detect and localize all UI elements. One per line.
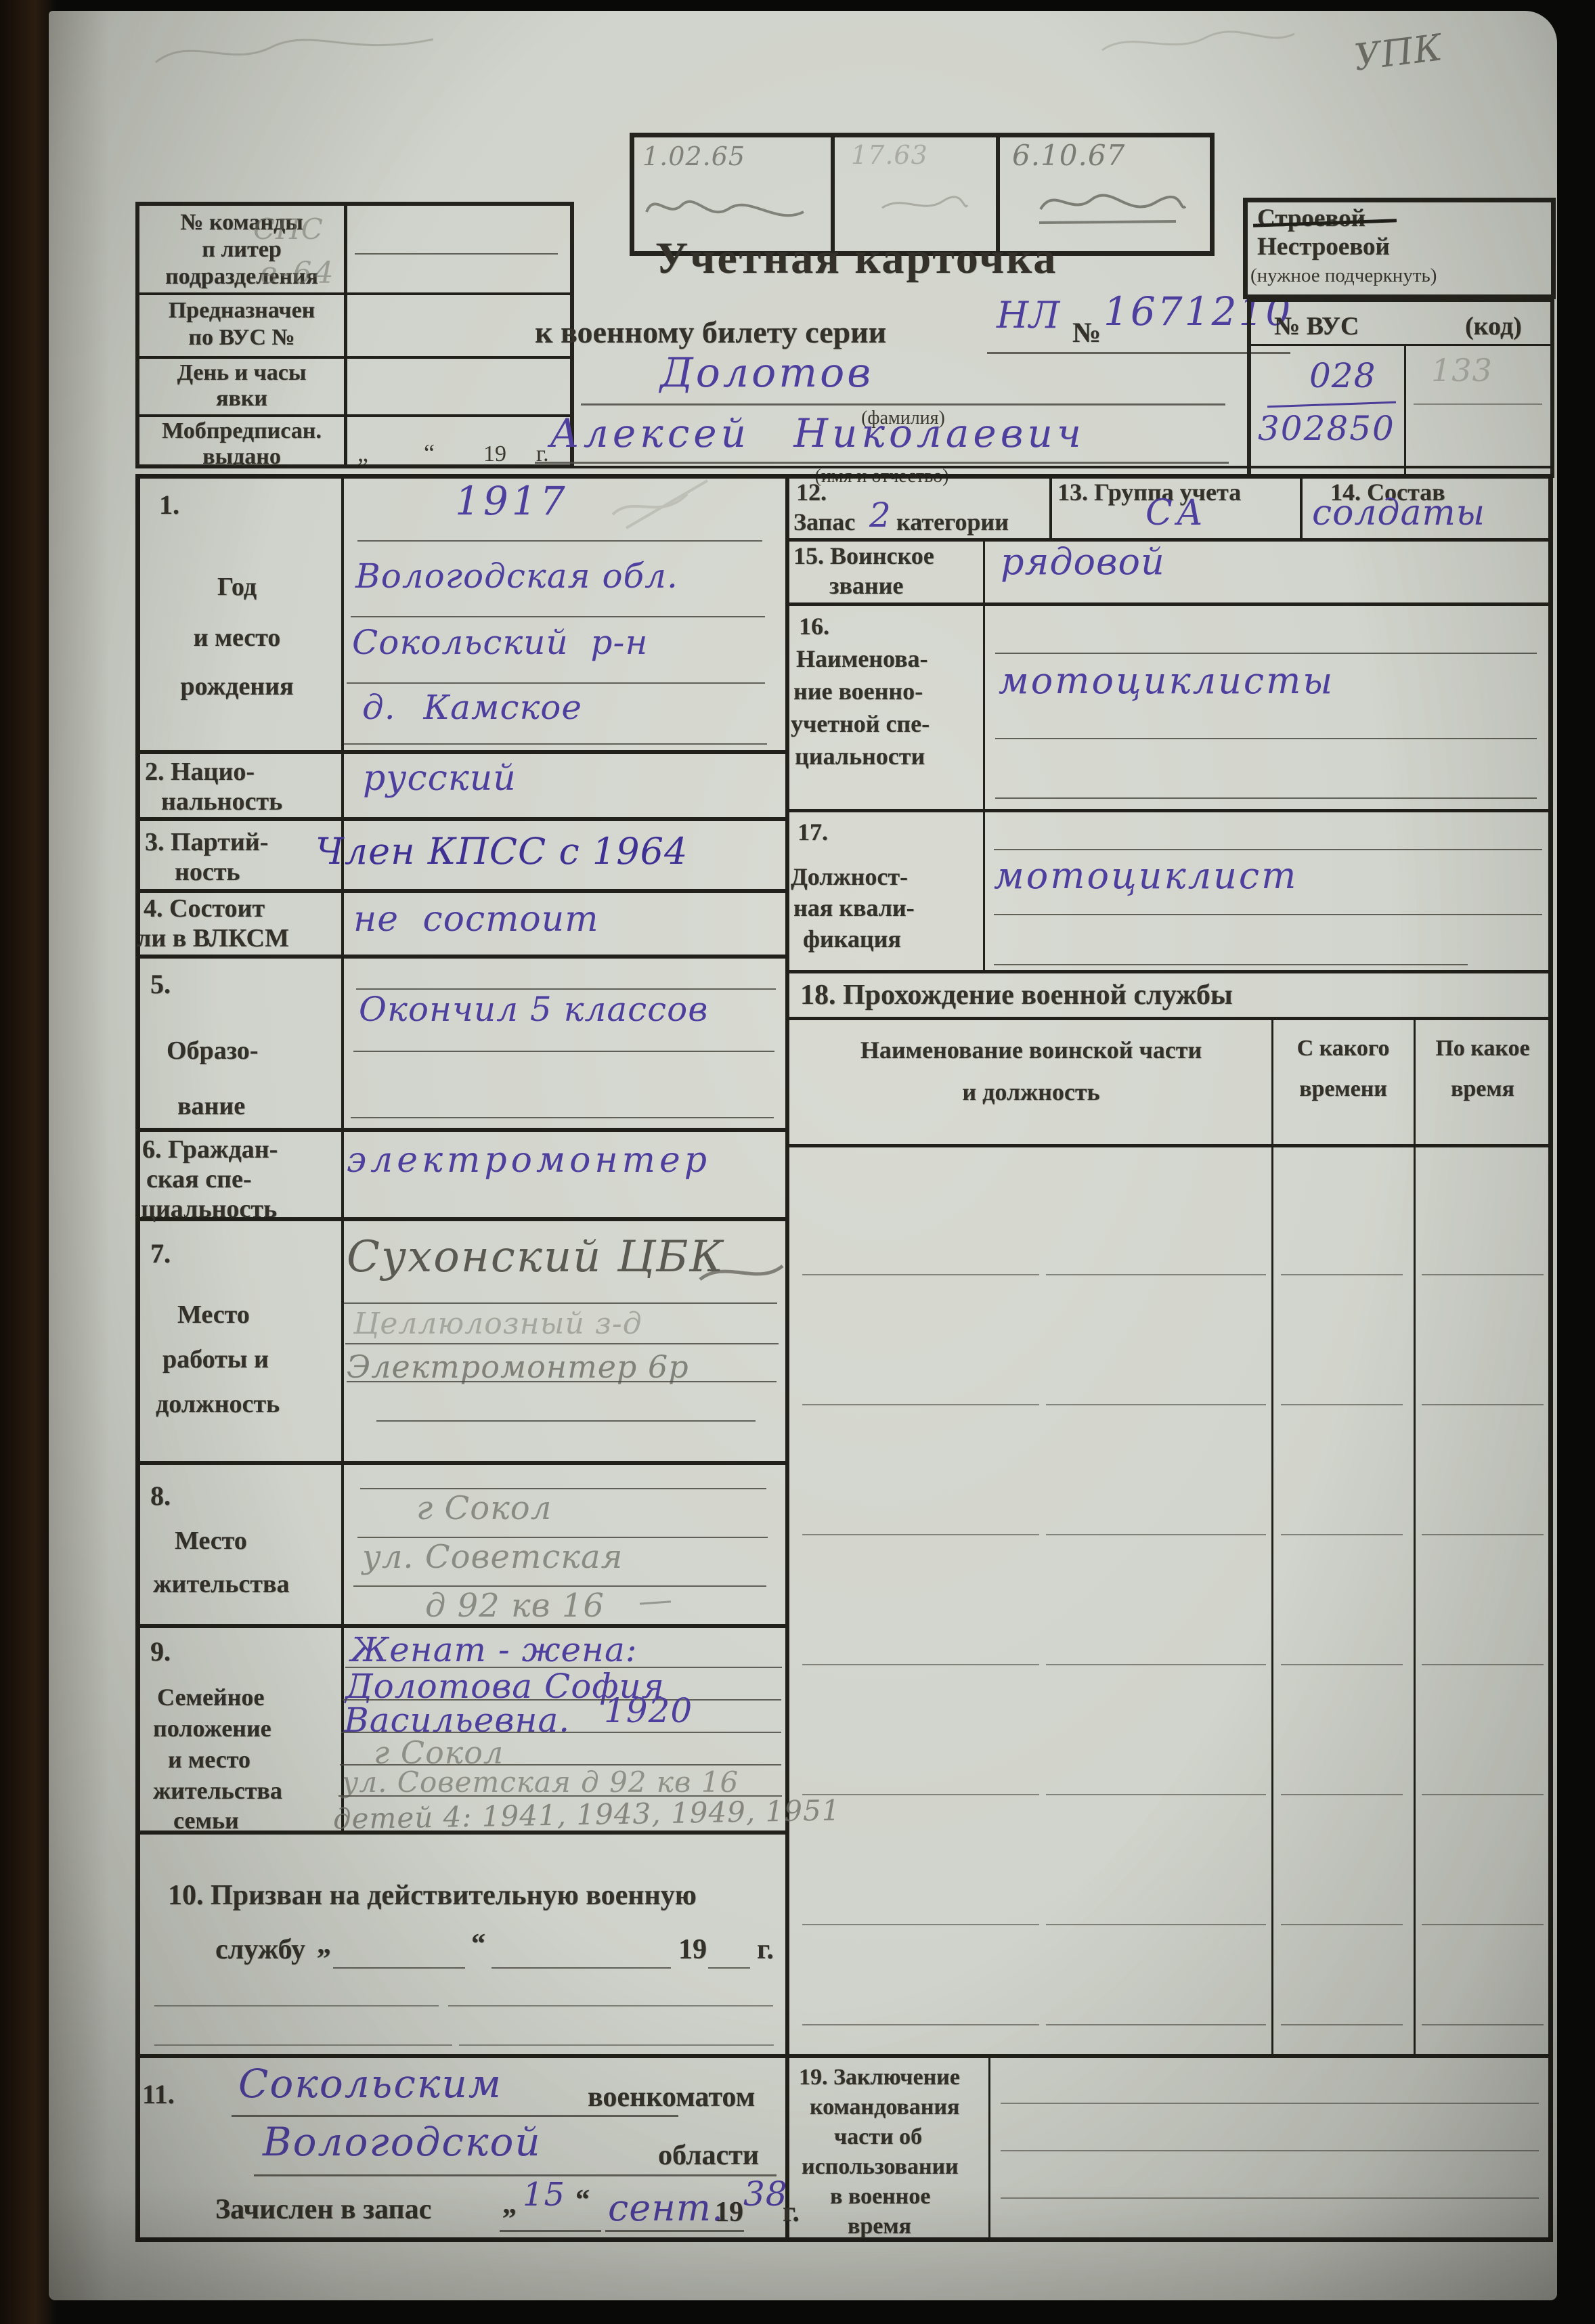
table-row-line <box>802 1404 1039 1405</box>
vus-header: № ВУС <box>1274 311 1359 341</box>
s9-num: 9. <box>150 1636 171 1667</box>
ruled-line <box>995 738 1537 739</box>
row-divider <box>135 2054 1553 2058</box>
s1-label: и место <box>135 623 338 653</box>
row-divider <box>135 750 785 754</box>
s1-label: Год <box>135 572 338 602</box>
s18-col1: и должность <box>792 1078 1270 1106</box>
duty-option-1: Строевой <box>1257 204 1365 233</box>
table-row-line <box>1281 1664 1403 1665</box>
s11-word1: военкоматом <box>588 2081 755 2113</box>
table-row-line <box>1422 1404 1544 1405</box>
mob-label: Предназначен <box>139 298 344 324</box>
card-content: УПК 1.02.65 17.63 6.10.67 № команды п ли… <box>0 0 1595 2324</box>
s11-year-prefix: 19 <box>715 2196 743 2229</box>
s3-value: Член КПСС с 1964 <box>315 830 688 873</box>
s8-value-house: д 92 кв 16 <box>425 1587 605 1625</box>
s1-value-village: д. Камское <box>362 688 582 727</box>
s16-label: циальности <box>795 742 925 770</box>
ruled-line <box>351 1117 774 1118</box>
ruled-line <box>353 1051 774 1052</box>
ink-line <box>1267 401 1396 408</box>
ruled-line <box>535 462 1229 464</box>
s5-label: вание <box>177 1091 245 1121</box>
ruled-line <box>355 253 558 255</box>
table-row-line <box>802 2024 1039 2025</box>
table-row-line <box>1281 1404 1403 1405</box>
ruled-line <box>459 2044 774 2046</box>
ruled-line <box>994 914 1542 915</box>
ruled-line <box>448 2005 773 2007</box>
pencil-scribble <box>1097 20 1300 64</box>
s16-value: мотоциклисты <box>999 659 1334 702</box>
s4-label: ли в ВЛКСМ <box>137 923 289 953</box>
s9-label: положение <box>153 1714 271 1742</box>
row-divider <box>789 1017 1553 1020</box>
s9-label: жительства <box>153 1776 282 1805</box>
s6-label: 6. Граждан- <box>142 1135 278 1164</box>
mob-label: явки <box>139 386 344 412</box>
row-divider <box>135 1128 785 1132</box>
s1-label: рождения <box>135 672 338 701</box>
row-divider <box>135 955 785 959</box>
ruled-line <box>357 540 762 542</box>
s4-label: 4. Состоит <box>144 894 265 923</box>
ruled-line <box>232 2115 678 2117</box>
divider <box>1404 344 1406 474</box>
table-row-line <box>1281 1794 1403 1795</box>
s13-value: СА <box>1145 493 1207 533</box>
ruled-line <box>605 2230 744 2232</box>
mob-label: Мобпредписан. <box>139 418 344 444</box>
table-row-line <box>1046 2024 1266 2025</box>
s10-line1: 10. Призван на действительную военную <box>168 1879 697 1912</box>
s4-value: не состоит <box>353 899 599 940</box>
corner-note: УПК <box>1352 26 1445 79</box>
s18-col3: время <box>1415 1076 1550 1102</box>
table-row-line <box>1281 1924 1403 1925</box>
s7-label: Место <box>177 1300 250 1330</box>
s7-value-employer: Сухонский ЦБК <box>347 1232 724 1282</box>
table-row-line <box>1422 2024 1544 2025</box>
s15-value: рядовой <box>1001 540 1165 583</box>
s11-day: 15 <box>523 2176 565 2214</box>
s5-value: Окончил 5 классов <box>359 990 708 1029</box>
pencil-flourish <box>697 1252 785 1293</box>
s10-quote: “ <box>471 1928 485 1960</box>
s2-label: 2. Нацио- <box>145 757 255 787</box>
ruled-line <box>347 682 765 684</box>
subtitle: к военному билету серии <box>535 314 886 350</box>
duty-box: Строевой Нестроевой (нужное подчеркнуть) <box>1243 198 1556 299</box>
row-divider <box>135 817 785 821</box>
table-col-divider <box>1414 1017 1416 2054</box>
row-divider <box>789 970 1553 973</box>
divider <box>139 356 570 359</box>
mob-value: СПС <box>253 213 324 246</box>
row-divider <box>789 809 1553 812</box>
table-row-line <box>1281 2024 1403 2025</box>
vus-value-2: 302850 <box>1258 409 1395 448</box>
ruled-line <box>500 2230 601 2232</box>
ruled-line <box>987 352 1290 354</box>
ruled-line <box>347 1381 777 1382</box>
label-divider <box>341 474 344 1832</box>
s11-region: Вологодской <box>263 2119 542 2165</box>
s9-address: ул. Советская д 92 кв 16 <box>342 1766 739 1799</box>
table-row-line <box>1281 1274 1403 1275</box>
stamp-signature <box>875 185 970 225</box>
s6-label: ская спе- <box>146 1164 252 1194</box>
column-divider <box>785 474 789 2237</box>
cell-divider <box>1300 474 1303 538</box>
s12-after: категории <box>896 508 1009 536</box>
s12-hand: 2 <box>869 496 892 535</box>
s10-word: службу <box>215 1933 305 1966</box>
s2-label: нальность <box>161 787 282 816</box>
s19-label: время <box>848 2214 911 2239</box>
ruled-line <box>344 1302 777 1304</box>
s12-before: Запас <box>793 508 855 536</box>
s14-value: солдаты <box>1312 493 1485 533</box>
table-row-line <box>1046 1404 1266 1405</box>
vus-box: № ВУС (код) 028 302850 133 <box>1247 298 1554 478</box>
table-row-line <box>1046 1924 1266 1925</box>
s11-commissariat: Сокольским <box>238 2061 502 2107</box>
table-row-line <box>1422 1274 1544 1275</box>
pencil-scribble <box>606 474 721 535</box>
table-row-line <box>802 1794 1039 1795</box>
mob-value: в-64 <box>260 256 336 290</box>
s8-num: 8. <box>150 1480 171 1512</box>
s11-month: сент. <box>608 2187 724 2229</box>
stamp-signature <box>1034 179 1189 234</box>
s3-label: 3. Партий- <box>145 827 268 857</box>
divider <box>135 466 1553 468</box>
table-row-line <box>802 1664 1039 1665</box>
s6-value: электромонтер <box>347 1140 711 1181</box>
row-divider <box>789 1144 1553 1147</box>
s3-label: ность <box>175 857 240 887</box>
s19-label: в военное <box>830 2184 930 2210</box>
table-col-divider <box>1271 1017 1273 2054</box>
s9-label: семьи <box>173 1806 239 1835</box>
s11-quote: “ <box>575 2184 590 2216</box>
s16-label: ние военно- <box>793 677 923 705</box>
ruled-line <box>994 964 1468 965</box>
s7-value-plant: Целлюлозный з-д <box>353 1307 642 1341</box>
surname-value: Долотов <box>660 349 873 397</box>
table-row-line <box>1046 1664 1266 1665</box>
row-divider <box>135 889 785 893</box>
s18-col2: времени <box>1273 1076 1414 1102</box>
s17-label: фикация <box>803 925 901 953</box>
s9-label: и место <box>168 1745 250 1774</box>
table-row-line <box>1046 1794 1266 1795</box>
stamp-date: 6.10.67 <box>1012 139 1125 172</box>
s12-num: 12. <box>796 478 827 506</box>
ruled-line <box>708 1967 750 1969</box>
table-row-line <box>1422 1794 1544 1795</box>
s15-label: 15. Воинское <box>793 542 934 570</box>
ruled-line <box>1414 403 1542 405</box>
table-row-line <box>802 1924 1039 1925</box>
s16-label: Наименова- <box>796 644 928 673</box>
stamp-date: 1.02.65 <box>642 141 745 171</box>
stamp-date: 17.63 <box>851 140 928 170</box>
s17-label: Должност- <box>791 862 908 891</box>
table-row-line <box>1281 1534 1403 1535</box>
s11-enlist: Зачислен в запас <box>215 2193 431 2226</box>
s8-label: жительства <box>153 1569 289 1599</box>
ruled-line <box>154 2005 439 2007</box>
ruled-line <box>581 403 1225 405</box>
s8-value-street: ул. Советская <box>362 1538 623 1576</box>
ruled-line <box>376 1420 756 1422</box>
row-divider <box>135 1461 785 1465</box>
s11-quote: „ <box>502 2188 517 2220</box>
ruled-line <box>341 1732 781 1733</box>
s7-value-position: Электромонтер 6р <box>347 1349 689 1385</box>
table-row-line <box>1046 1534 1266 1535</box>
table-row-line <box>1422 1924 1544 1925</box>
label-divider <box>988 2054 990 2237</box>
s7-label: работы и <box>162 1344 269 1374</box>
ruled-line <box>491 1967 671 1969</box>
s2-value: русский <box>363 758 517 799</box>
ruled-line <box>995 797 1537 799</box>
s18-col1: Наименование воинской части <box>792 1036 1270 1064</box>
table-row-line <box>802 1534 1039 1535</box>
s11-word2: области <box>658 2139 759 2172</box>
vus-value: 028 <box>1309 356 1376 395</box>
s9-label: Семейное <box>157 1683 264 1711</box>
s9-wife-year: 1920 <box>604 1691 693 1730</box>
s19-label: использовании <box>802 2154 959 2180</box>
s1-num: 1. <box>159 489 179 521</box>
table-row-line <box>1046 1274 1266 1275</box>
series-handwritten: НЛ <box>997 294 1060 336</box>
page-title: Учетная карточка <box>589 233 1124 284</box>
ruled-line <box>995 653 1537 654</box>
duty-caption: (нужное подчеркнуть) <box>1250 265 1437 287</box>
s11-year-hand: 38 <box>743 2174 788 2214</box>
s1-value-year: 1917 <box>455 478 569 524</box>
s16-label: учетной спе- <box>791 709 930 738</box>
ruled-line <box>333 1967 465 1969</box>
mob-year: 19 <box>483 441 506 467</box>
mob-label: День и часы <box>139 360 344 386</box>
pencil-scribble <box>149 27 440 74</box>
duty-option-2: Нестроевой <box>1257 232 1390 261</box>
ruled-line <box>344 743 767 745</box>
s10-year-suffix: г. <box>757 1933 774 1966</box>
s9-marital: Женат - жена: <box>351 1630 638 1669</box>
s11-num: 11. <box>142 2078 175 2110</box>
s18-col3: По какое <box>1415 1036 1550 1061</box>
s1-value-district: Сокольский р-н <box>352 623 648 662</box>
s7-label: должность <box>156 1389 280 1419</box>
ruled-line <box>351 616 765 617</box>
table-row-line <box>1422 1534 1544 1535</box>
label-divider <box>983 809 985 970</box>
divider <box>139 292 570 295</box>
mobilization-box: № команды п литер подразделения СПС в-64… <box>135 202 574 468</box>
mob-quote: “ <box>424 439 435 467</box>
label-divider <box>983 538 985 809</box>
s17-label: ная квали- <box>793 894 915 922</box>
ruled-line <box>994 849 1542 850</box>
s19-label: командования <box>810 2095 959 2120</box>
divider <box>139 414 570 417</box>
cell-divider <box>1049 474 1052 538</box>
s5-num: 5. <box>150 968 171 1000</box>
ruled-line <box>1001 2197 1539 2199</box>
s5-label: Образо- <box>167 1036 258 1066</box>
s16-num: 16. <box>799 612 829 640</box>
divider <box>344 206 347 464</box>
divider <box>1251 344 1550 346</box>
ruled-line <box>1001 2150 1539 2151</box>
s7-num: 7. <box>150 1237 171 1269</box>
s10-year-prefix: 19 <box>678 1933 707 1966</box>
s8-label: Место <box>175 1526 247 1556</box>
s18-heading: 18. Прохождение военной службы <box>800 979 1233 1011</box>
name-value: Алексей Николаевич <box>550 410 1085 456</box>
row-divider <box>789 602 1553 606</box>
s11-year-suffix: г. <box>783 2196 800 2229</box>
ruled-line <box>345 1343 779 1344</box>
s6-label: циальность <box>141 1194 277 1224</box>
s17-num: 17. <box>797 818 828 846</box>
mob-label: по ВУС № <box>139 325 344 351</box>
s1-value-region: Вологодская обл. <box>355 556 678 596</box>
stamp-signature <box>641 185 810 232</box>
s8-value-city: г Сокол <box>416 1489 552 1527</box>
s17-value: мотоциклист <box>994 854 1298 897</box>
table-row-line <box>802 1274 1039 1275</box>
ruled-line <box>154 2044 452 2046</box>
ruled-line <box>1001 2103 1539 2104</box>
s18-col2: С какого <box>1273 1036 1414 1061</box>
s19-label: части об <box>834 2124 922 2150</box>
table-row-line <box>1422 1664 1544 1665</box>
mob-quote: „ <box>357 439 368 467</box>
s15-label: звание <box>829 571 903 600</box>
vus-code-value: 133 <box>1431 352 1493 389</box>
vus-code-caption: (код) <box>1465 311 1522 341</box>
s19-label: 19. Заключение <box>799 2065 960 2090</box>
number-sign: № <box>1072 317 1101 349</box>
s10-quote: „ <box>317 1928 331 1960</box>
ruled-line <box>254 2174 777 2176</box>
